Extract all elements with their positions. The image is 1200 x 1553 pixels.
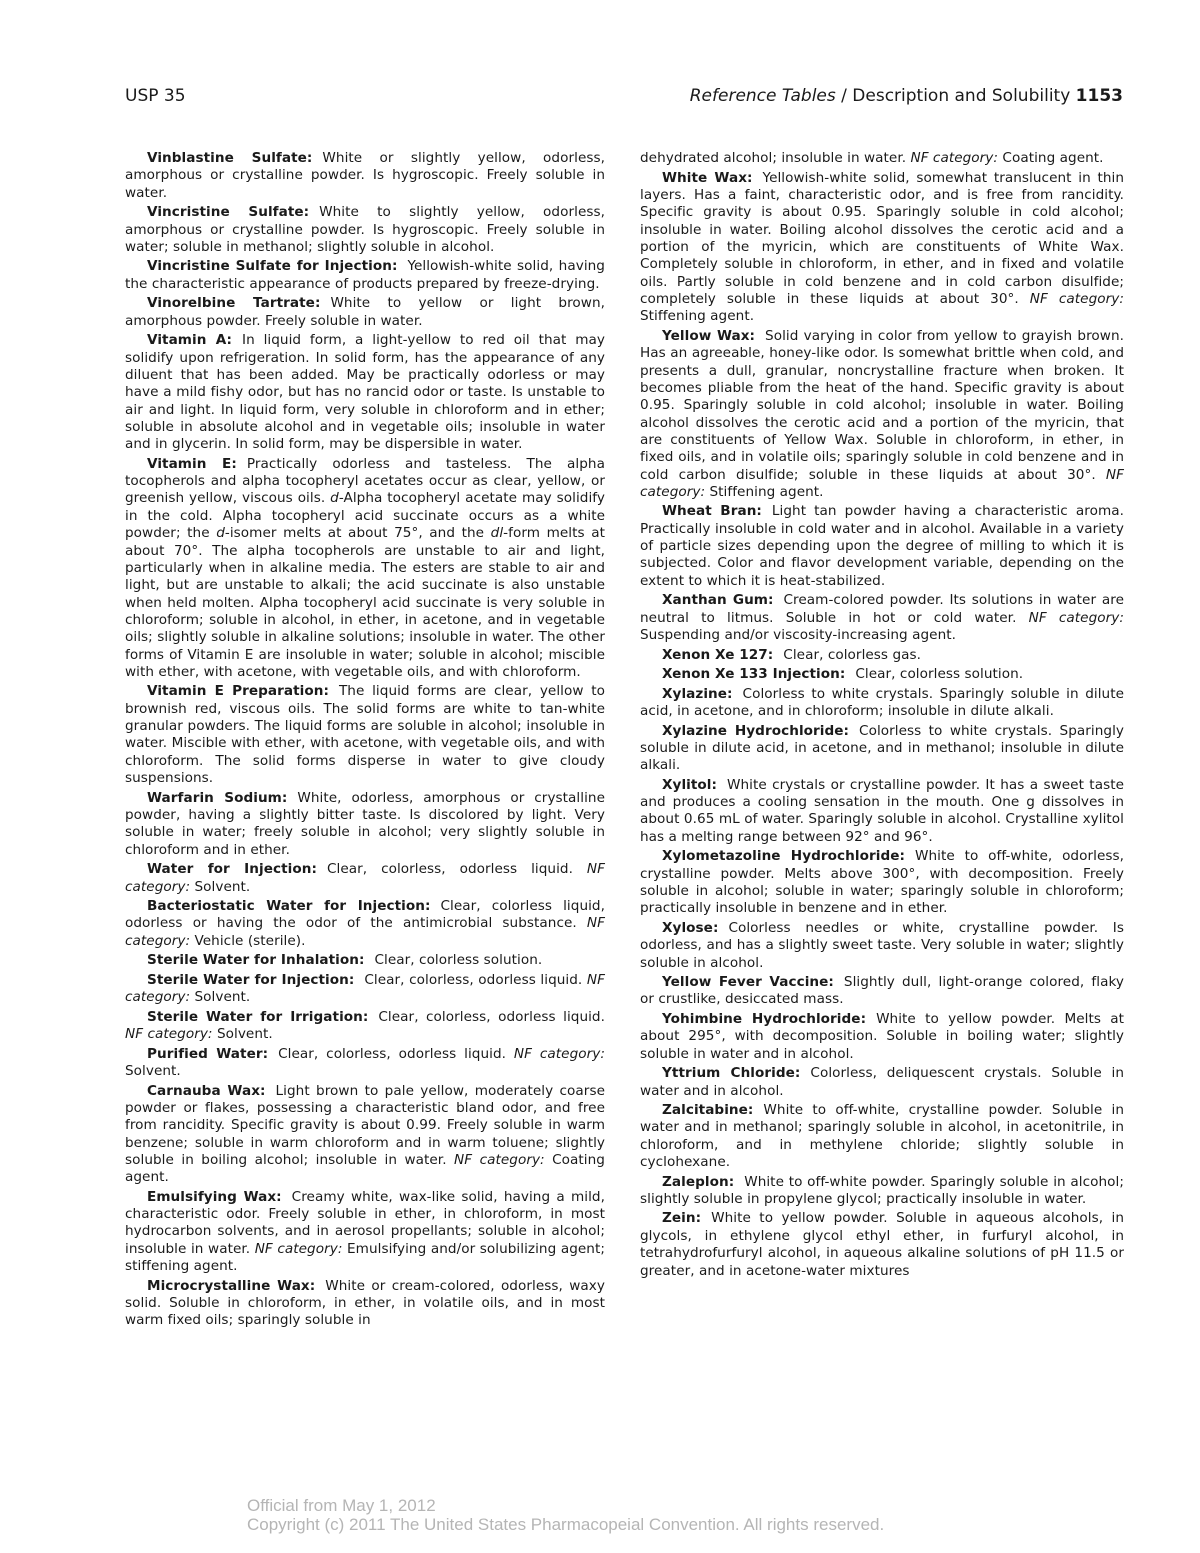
monograph-entry: Vinblastine Sulfate:White or slightly ye… bbox=[125, 150, 605, 202]
monograph-entry: Microcrystalline Wax:White or cream-colo… bbox=[125, 1278, 605, 1330]
section-title-plain: Description and Solubility bbox=[852, 86, 1075, 106]
entry-term: Carnauba Wax: bbox=[147, 1083, 266, 1099]
entry-text: Clear, colorless solution. bbox=[855, 666, 1023, 682]
entry-term: Wheat Bran: bbox=[662, 503, 762, 519]
entry-italic-text: NF category: bbox=[1029, 610, 1124, 626]
monograph-entry: Xanthan Gum:Cream-colored powder. Its so… bbox=[640, 592, 1124, 644]
entry-term: Xylazine: bbox=[662, 686, 733, 702]
monograph-entry: Vincristine Sulfate for Injection:Yellow… bbox=[125, 258, 605, 293]
entry-term: Yttrium Chloride: bbox=[662, 1065, 800, 1081]
entry-text: White to yellow powder. Soluble in aqueo… bbox=[640, 1210, 1124, 1278]
entry-italic-text: NF category: bbox=[454, 1152, 545, 1168]
entry-text: Clear, colorless, odorless liquid. bbox=[364, 972, 587, 988]
monograph-entry: Yohimbine Hydrochloride:White to yellow … bbox=[640, 1011, 1124, 1063]
monograph-entry: Vitamin E:Practically odorless and taste… bbox=[125, 456, 605, 681]
entry-term: Zalcitabine: bbox=[662, 1102, 753, 1118]
entry-text: Yellowish-white solid, somewhat transluc… bbox=[640, 170, 1124, 307]
entry-text: Solvent. bbox=[213, 1026, 273, 1042]
monograph-entry: Vinorelbine Tartrate:White to yellow or … bbox=[125, 295, 605, 330]
entry-term: Zein: bbox=[662, 1210, 701, 1226]
monograph-entry: Sterile Water for Injection:Clear, color… bbox=[125, 972, 605, 1007]
monograph-entry: Zalcitabine:White to off-white, crystall… bbox=[640, 1102, 1124, 1171]
entry-text: Coating agent. bbox=[998, 150, 1103, 166]
monograph-entry: Warfarin Sodium:White, odorless, amorpho… bbox=[125, 790, 605, 859]
entry-term: Vitamin E Preparation: bbox=[147, 683, 329, 699]
monograph-entry: White Wax:Yellowish-white solid, somewha… bbox=[640, 170, 1124, 326]
entry-italic-text: NF category: bbox=[1030, 291, 1124, 307]
section-title-italic: Reference Tables bbox=[690, 86, 836, 106]
entry-term: Warfarin Sodium: bbox=[147, 790, 287, 806]
monograph-entry: Bacteriostatic Water for Injection:Clear… bbox=[125, 898, 605, 950]
entry-term: Xylitol: bbox=[662, 777, 717, 793]
entry-term: Microcrystalline Wax: bbox=[147, 1278, 315, 1294]
monograph-entry: Zein:White to yellow powder. Soluble in … bbox=[640, 1210, 1124, 1279]
monograph-entry: Vitamin A:In liquid form, a light-yellow… bbox=[125, 332, 605, 453]
entry-text: Suspending and/or viscosity-increasing a… bbox=[640, 627, 956, 643]
entry-italic-text: dl bbox=[491, 525, 504, 541]
entry-text: Solvent. bbox=[190, 989, 250, 1005]
section-title-separator: / bbox=[836, 86, 853, 106]
official-date: Official from May 1, 2012 bbox=[247, 1496, 884, 1515]
entry-italic-text: NF category: bbox=[514, 1046, 605, 1062]
monograph-entry: Purified Water:Clear, colorless, odorles… bbox=[125, 1046, 605, 1081]
page-number: 1153 bbox=[1076, 86, 1123, 106]
entry-term: Sterile Water for Inhalation: bbox=[147, 952, 365, 968]
monograph-entry: Xylazine:Colorless to white crystals. Sp… bbox=[640, 686, 1124, 721]
monograph-entry: Sterile Water for Inhalation:Clear, colo… bbox=[125, 952, 605, 969]
publication-label: USP 35 bbox=[125, 86, 186, 106]
entry-text: Vehicle (sterile). bbox=[190, 933, 305, 949]
entry-text: Clear, colorless, odorless liquid. bbox=[278, 1046, 514, 1062]
entry-text: Clear, colorless, odorless liquid. bbox=[327, 861, 587, 877]
monograph-entry: Water for Injection:Clear, colorless, od… bbox=[125, 861, 605, 896]
monograph-entry: Yellow Wax:Solid varying in color from y… bbox=[640, 328, 1124, 501]
monograph-entry: Zaleplon:White to off-white powder. Spar… bbox=[640, 1174, 1124, 1209]
monograph-entry: dehydrated alcohol; insoluble in water. … bbox=[640, 150, 1124, 167]
monograph-entry: Xylometazoline Hydrochloride:White to of… bbox=[640, 848, 1124, 917]
monograph-entry: Xylazine Hydrochloride:Colorless to whit… bbox=[640, 723, 1124, 775]
entry-term: Water for Injection: bbox=[147, 861, 317, 877]
monograph-entry: Vitamin E Preparation:The liquid forms a… bbox=[125, 683, 605, 787]
footer-notice: Official from May 1, 2012 Copyright (c) … bbox=[247, 1496, 884, 1534]
monograph-entry: Yellow Fever Vaccine:Slightly dull, ligh… bbox=[640, 974, 1124, 1009]
entry-text: Clear, colorless gas. bbox=[783, 647, 921, 663]
entry-term: Sterile Water for Injection: bbox=[147, 972, 354, 988]
entry-text: Stiffening agent. bbox=[640, 308, 754, 324]
entry-italic-text: NF category: bbox=[125, 1026, 213, 1042]
monograph-entry: Xenon Xe 133 Injection:Clear, colorless … bbox=[640, 666, 1124, 683]
right-column: dehydrated alcohol; insoluble in water. … bbox=[640, 150, 1124, 1282]
monograph-entry: Carnauba Wax:Light brown to pale yellow,… bbox=[125, 1083, 605, 1187]
entry-term: Emulsifying Wax: bbox=[147, 1189, 282, 1205]
entry-text: Solvent. bbox=[190, 879, 250, 895]
entry-text: -form melts at about 70°. The alpha toco… bbox=[125, 525, 605, 680]
entry-term: Vitamin E: bbox=[147, 456, 237, 472]
entry-term: Vinblastine Sulfate: bbox=[147, 150, 312, 166]
entry-term: Zaleplon: bbox=[662, 1174, 734, 1190]
entry-text: dehydrated alcohol; insoluble in water. bbox=[640, 150, 910, 166]
monograph-entry: Xylose:Colorless needles or white, cryst… bbox=[640, 920, 1124, 972]
entry-term: Bacteriostatic Water for Injection: bbox=[147, 898, 431, 914]
entry-italic-text: NF category: bbox=[910, 150, 998, 166]
entry-term: Xenon Xe 133 Injection: bbox=[662, 666, 845, 682]
entry-italic-text: NF category: bbox=[255, 1241, 343, 1257]
entry-term: Xylazine Hydrochloride: bbox=[662, 723, 849, 739]
entry-text: Clear, colorless, odorless liquid. bbox=[378, 1009, 605, 1025]
entry-term: Vitamin A: bbox=[147, 332, 232, 348]
entry-term: Purified Water: bbox=[147, 1046, 268, 1062]
entry-term: Xylose: bbox=[662, 920, 718, 936]
monograph-entry: Xenon Xe 127:Clear, colorless gas. bbox=[640, 647, 1124, 664]
copyright-notice: Copyright (c) 2011 The United States Pha… bbox=[247, 1515, 884, 1534]
entry-text: In liquid form, a light-yellow to red oi… bbox=[125, 332, 605, 452]
entry-text: Solvent. bbox=[125, 1063, 181, 1079]
entry-term: Sterile Water for Irrigation: bbox=[147, 1009, 368, 1025]
entry-term: White Wax: bbox=[662, 170, 753, 186]
entry-italic-text: d bbox=[330, 490, 339, 506]
monograph-entry: Xylitol:White crystals or crystalline po… bbox=[640, 777, 1124, 846]
monograph-entry: Wheat Bran:Light tan powder having a cha… bbox=[640, 503, 1124, 590]
left-column: Vinblastine Sulfate:White or slightly ye… bbox=[125, 150, 605, 1332]
entry-text: Stiffening agent. bbox=[705, 484, 823, 500]
entry-term: Yohimbine Hydrochloride: bbox=[662, 1011, 866, 1027]
entry-term: Yellow Fever Vaccine: bbox=[662, 974, 834, 990]
entry-term: Xenon Xe 127: bbox=[662, 647, 773, 663]
monograph-entry: Emulsifying Wax:Creamy white, wax-like s… bbox=[125, 1189, 605, 1276]
section-title: Reference Tables / Description and Solub… bbox=[690, 86, 1123, 106]
entry-italic-text: d bbox=[216, 525, 225, 541]
entry-term: Xylometazoline Hydrochloride: bbox=[662, 848, 905, 864]
monograph-entry: Vincristine Sulfate:White to slightly ye… bbox=[125, 204, 605, 256]
monograph-entry: Sterile Water for Irrigation:Clear, colo… bbox=[125, 1009, 605, 1044]
monograph-entry: Yttrium Chloride:Colorless, deliquescent… bbox=[640, 1065, 1124, 1100]
running-header: USP 35 Reference Tables / Description an… bbox=[125, 86, 1123, 110]
entry-text: Solid varying in color from yellow to gr… bbox=[640, 328, 1124, 483]
entry-text: Clear, colorless solution. bbox=[375, 952, 543, 968]
entry-term: Yellow Wax: bbox=[662, 328, 755, 344]
entry-text: -isomer melts at about 75°, and the bbox=[225, 525, 491, 541]
entry-term: Vincristine Sulfate for Injection: bbox=[147, 258, 397, 274]
entry-term: Xanthan Gum: bbox=[662, 592, 774, 608]
entry-term: Vincristine Sulfate: bbox=[147, 204, 309, 220]
entry-term: Vinorelbine Tartrate: bbox=[147, 295, 320, 311]
